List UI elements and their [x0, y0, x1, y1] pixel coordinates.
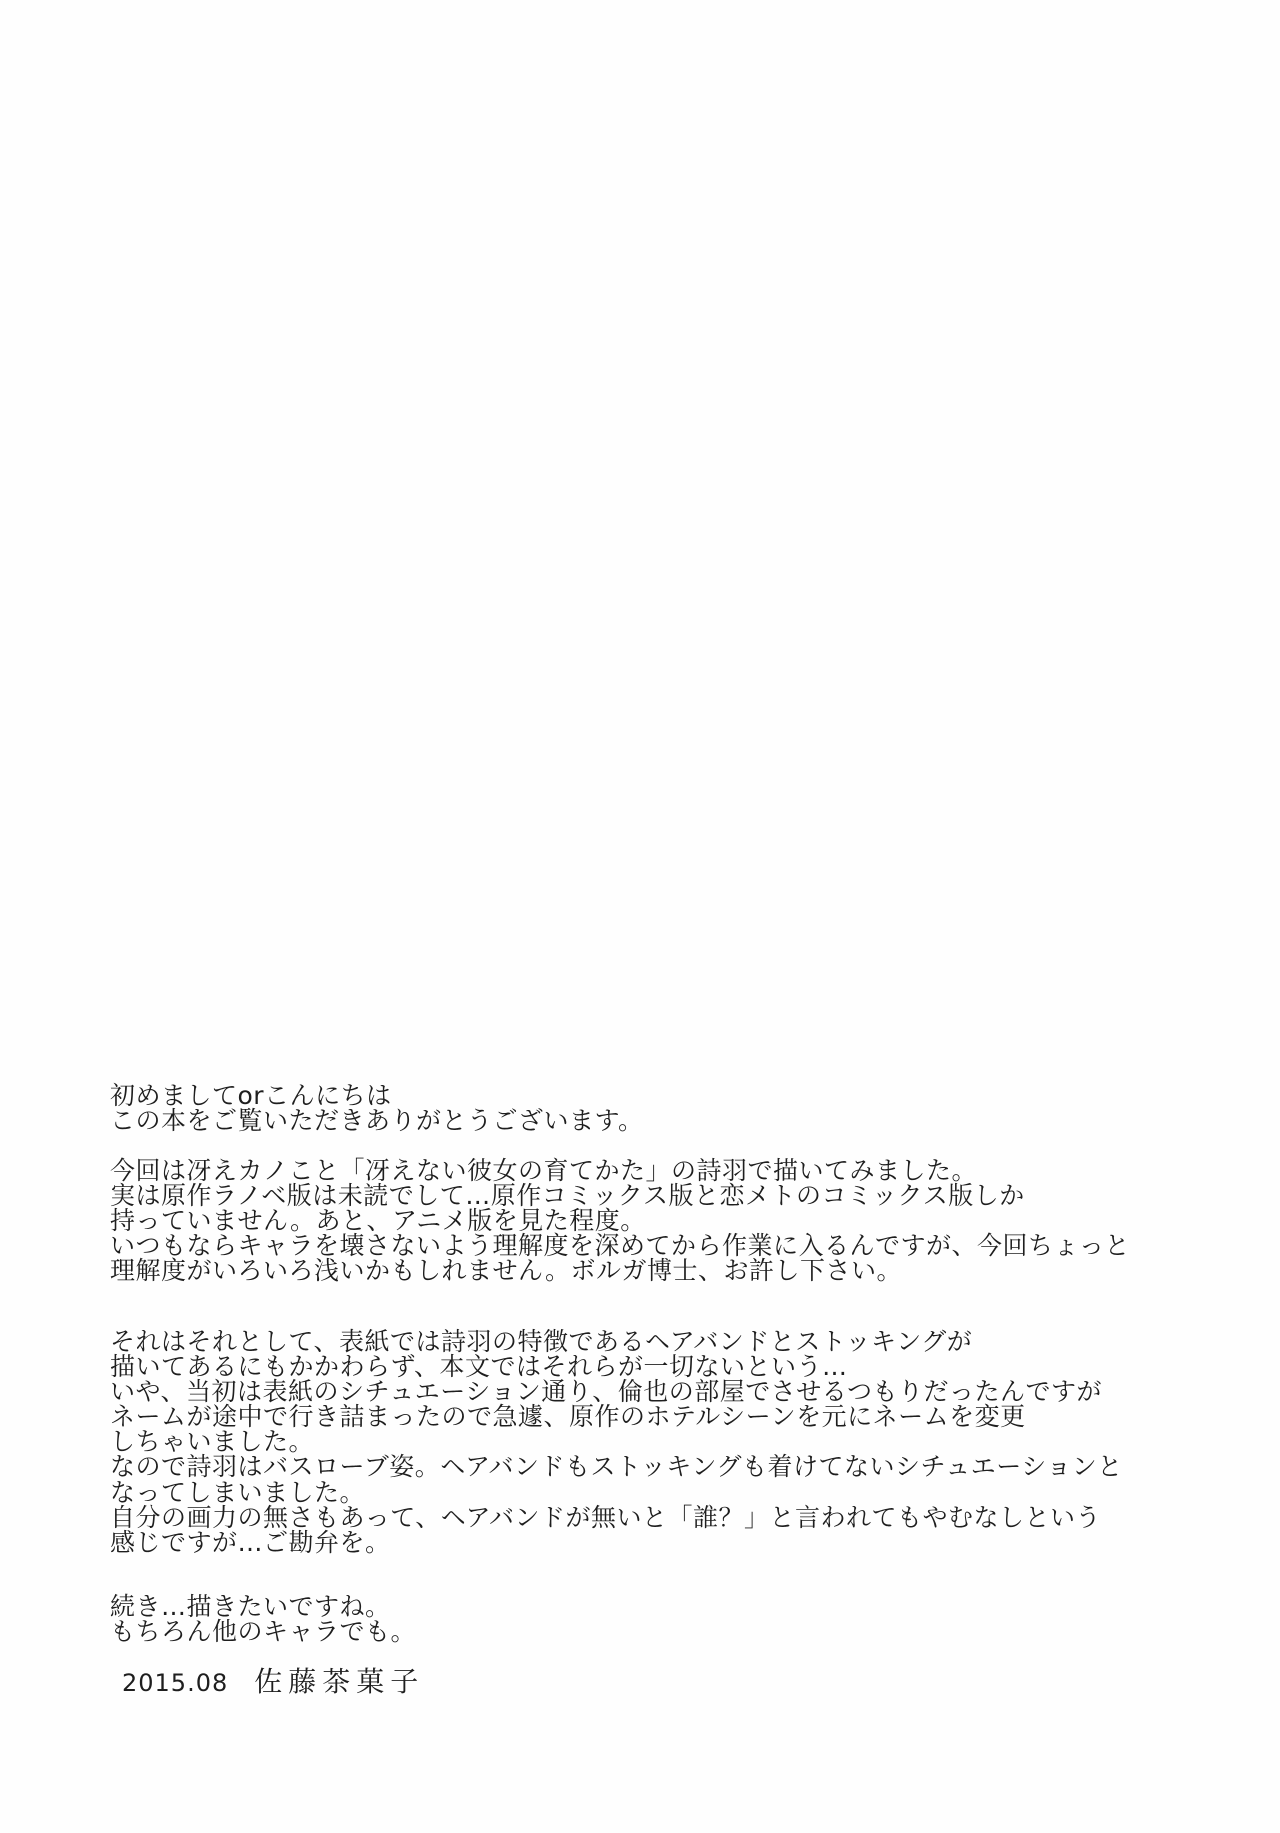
text-line: ネームが途中で行き詰まったので急遽、原作のホテルシーンを元にネームを変更: [110, 1404, 1123, 1429]
afterword-paragraph-cover-notes: それはそれとして、表紙では詩羽の特徴であるヘアバンドとストッキングが描いてあるに…: [110, 1329, 1123, 1555]
text-line: 今回は冴えカノこと「冴えない彼女の育てかた」の詩羽で描いてみました。: [110, 1158, 1130, 1183]
text-line: いや、当初は表紙のシチュエーション通り、倫也の部屋でさせるつもりだったんですが: [110, 1379, 1123, 1404]
text-line: 理解度がいろいろ浅いかもしれません。ボルガ博士、お許し下さい。: [110, 1258, 1130, 1283]
text-line: 続き…描きたいですね。: [110, 1594, 416, 1619]
text-line: いつもならキャラを壊さないよう理解度を深めてから作業に入るんですが、今回ちょっと: [110, 1233, 1130, 1258]
afterword-paragraph-background: 今回は冴えカノこと「冴えない彼女の育てかた」の詩羽で描いてみました。実は原作ラノ…: [110, 1158, 1130, 1283]
text-line: 感じですが…ご勘弁を。: [110, 1530, 1123, 1555]
text-line: それはそれとして、表紙では詩羽の特徴であるヘアバンドとストッキングが: [110, 1329, 1123, 1354]
text-line: 実は原作ラノベ版は未読でして…原作コミックス版と恋メトのコミックス版しか: [110, 1183, 1130, 1208]
signature-author: 佐藤茶菓子: [254, 1665, 424, 1698]
signature-line: 2015.08佐藤茶菓子: [122, 1660, 424, 1700]
text-line: 自分の画力の無さもあって、ヘアバンドが無いと「誰？」と言われてもやむなしという: [110, 1505, 1123, 1530]
afterword-paragraph-greeting: 初めましてorこんにちはこの本をご覧いただきありがとうございます。: [110, 1083, 644, 1133]
afterword-paragraph-closing: 続き…描きたいですね。もちろん他のキャラでも。: [110, 1594, 416, 1644]
text-line: しちゃいました。: [110, 1429, 1123, 1454]
text-line: 持っていません。あと、アニメ版を見た程度。: [110, 1208, 1130, 1233]
text-line: もちろん他のキャラでも。: [110, 1619, 416, 1644]
text-line: この本をご覧いただきありがとうございます。: [110, 1108, 644, 1133]
text-line: 描いてあるにもかかわらず、本文ではそれらが一切ないという…: [110, 1354, 1123, 1379]
text-line: なってしまいました。: [110, 1480, 1123, 1505]
scanned-page: 初めましてorこんにちはこの本をご覧いただきありがとうございます。 今回は冴えカ…: [0, 0, 1280, 1833]
signature-date: 2015.08: [122, 1669, 228, 1697]
text-line: なので詩羽はバスローブ姿。ヘアバンドもストッキングも着けてないシチュエーションと: [110, 1454, 1123, 1479]
text-line: 初めましてorこんにちは: [110, 1083, 644, 1108]
